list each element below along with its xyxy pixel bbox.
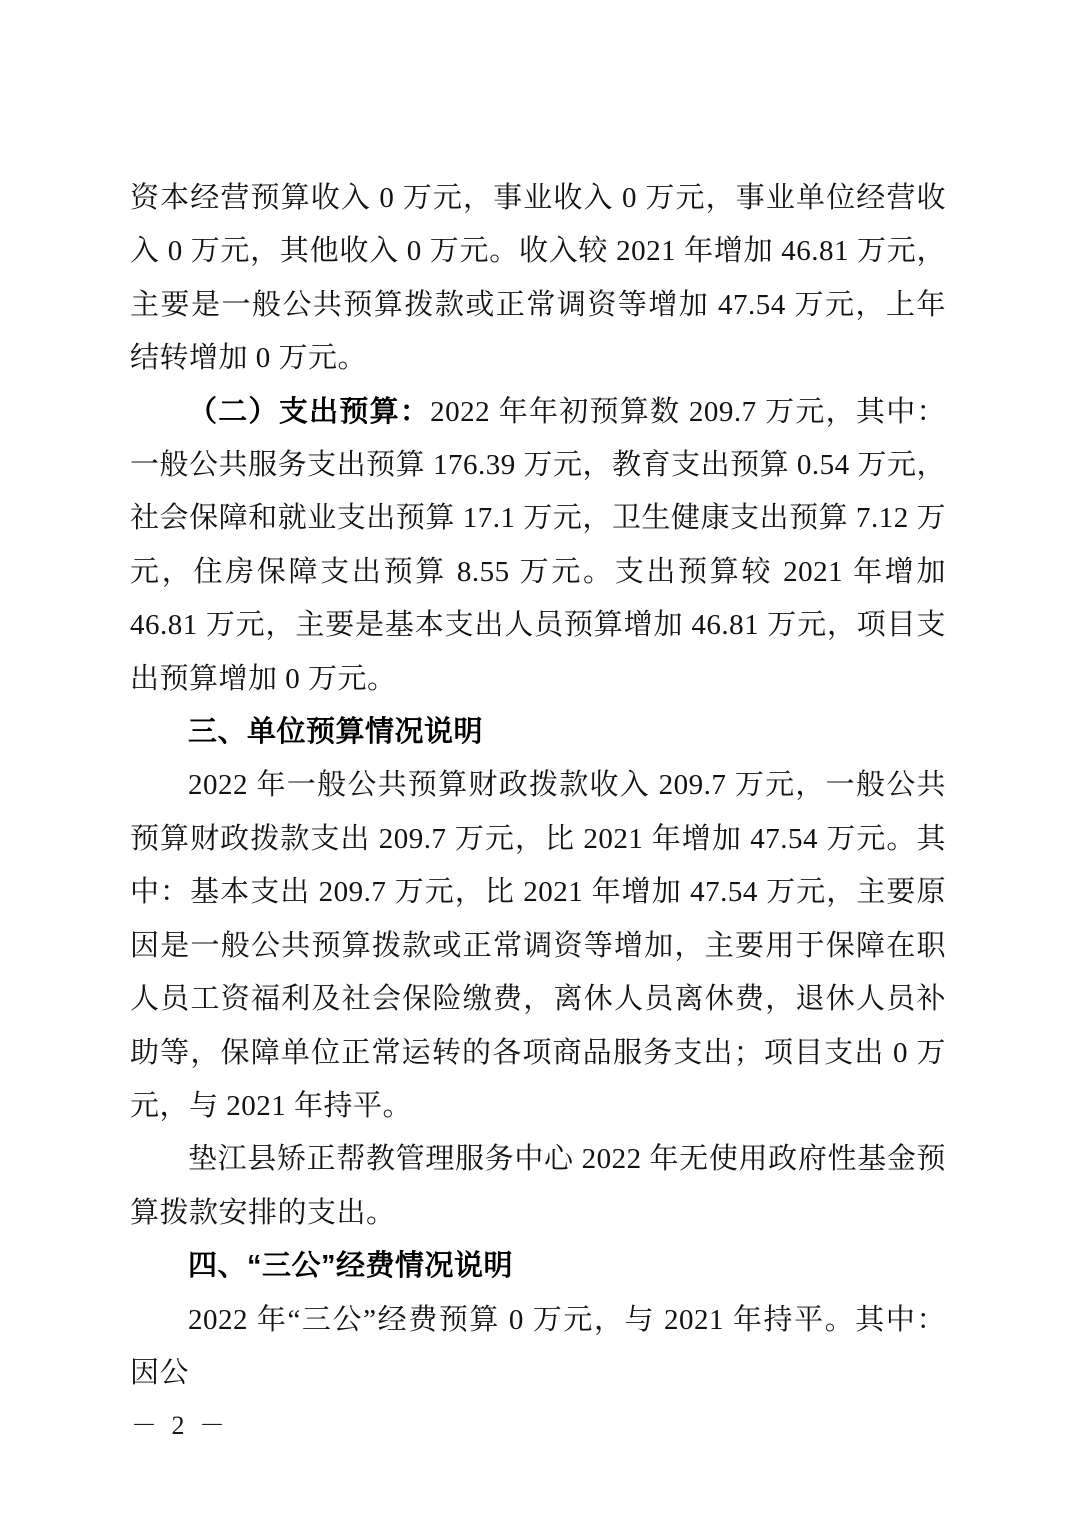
paragraph-income-continuation: 资本经营预算收入 0 万元，事业收入 0 万元，事业单位经营收入 0 万元，其他… [130,172,946,386]
section-heading-unit-budget: 三、单位预算情况说明 [130,706,946,759]
page-number: － 2 － [131,1405,229,1442]
paragraph-fiscal-appropriation: 2022 年一般公共预算财政拨款收入 209.7 万元，一般公共预算财政拨款支出… [130,759,946,1133]
document-body: 资本经营预算收入 0 万元，事业收入 0 万元，事业单位经营收入 0 万元，其他… [130,172,946,1400]
document-page: 资本经营预算收入 0 万元，事业收入 0 万元，事业单位经营收入 0 万元，其他… [0,0,1074,1520]
section-heading-three-public-expenses: 四、“三公”经费情况说明 [130,1240,946,1293]
paragraph-text-expenditure-budget: 2022 年年初预算数 209.7 万元，其中：一般公共服务支出预算 176.3… [130,396,946,695]
paragraph-three-public-budget: 2022 年“三公”经费预算 0 万元，与 2021 年持平。其中：因公 [130,1294,946,1401]
paragraph-government-fund: 垫江县矫正帮教管理服务中心 2022 年无使用政府性基金预算拨款安排的支出。 [130,1133,946,1240]
paragraph-expenditure-budget: （二）支出预算：2022 年年初预算数 209.7 万元，其中：一般公共服务支出… [130,386,946,706]
paragraph-lead-expenditure-budget: （二）支出预算： [188,396,430,428]
